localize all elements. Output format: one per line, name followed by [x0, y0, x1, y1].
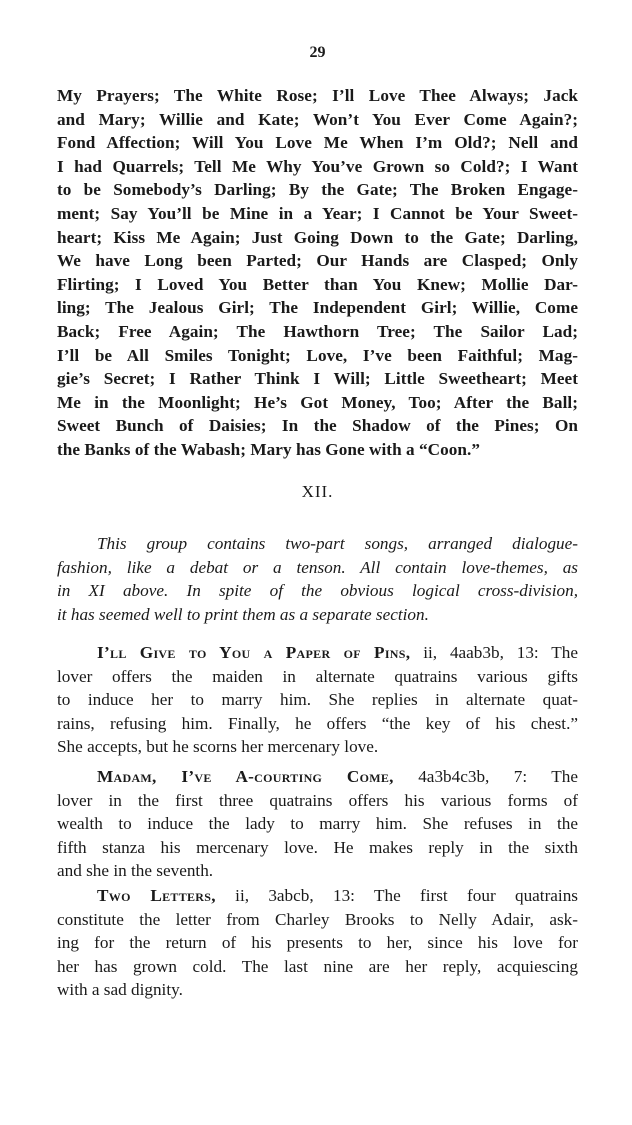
- text-line: I had Quarrels; Tell Me Why You’ve Grown…: [57, 155, 578, 179]
- text-line: to induce her to marry him. She replies …: [57, 688, 578, 712]
- text-line: in XI above. In spite of the obvious log…: [57, 579, 578, 603]
- song-meta: 4a3b4c3b, 7: The: [394, 767, 578, 786]
- section-heading: XII.: [57, 482, 578, 502]
- text-line: We have Long been Parted; Our Hands are …: [57, 249, 578, 273]
- entry-heading-line: Madam, I’ve A-courting Come, 4a3b4c3b, 7…: [57, 765, 578, 789]
- text-line: Me in the Moonlight; He’s Got Money, Too…: [57, 391, 578, 415]
- song-title: Madam, I’ve A-courting Come,: [97, 767, 394, 786]
- text-line: ling; The Jealous Girl; The Independent …: [57, 296, 578, 320]
- text-line: with a sad dignity.: [57, 978, 578, 1002]
- text-line: and she in the seventh.: [57, 859, 578, 883]
- text-line: constitute the letter from Charley Brook…: [57, 908, 578, 932]
- song-title: Two Letters,: [97, 886, 216, 905]
- text-line: her has grown cold. The last nine are he…: [57, 955, 578, 979]
- text-line: wealth to induce the lady to marry him. …: [57, 812, 578, 836]
- text-line: She accepts, but he scorns her mercenary…: [57, 735, 578, 759]
- section-intro: This group contains two-part songs, arra…: [57, 532, 578, 626]
- text-line: ment; Say You’ll be Mine in a Year; I Ca…: [57, 202, 578, 226]
- text-line: lover in the first three quatrains offer…: [57, 789, 578, 813]
- text-line: Back; Free Again; The Hawthorn Tree; The…: [57, 320, 578, 344]
- text-line: and Mary; Willie and Kate; Won’t You Eve…: [57, 108, 578, 132]
- entry-heading-line: Two Letters, ii, 3abcb, 13: The first fo…: [57, 884, 578, 908]
- text-line: ing for the return of his presents to he…: [57, 931, 578, 955]
- text-line: the Banks of the Wabash; Mary has Gone w…: [57, 438, 578, 462]
- text-line: I’ll be All Smiles Tonight; Love, I’ve b…: [57, 344, 578, 368]
- text-line: it has seemed well to print them as a se…: [57, 603, 578, 627]
- text-line: rains, refusing him. Finally, he offers …: [57, 712, 578, 736]
- song-entry: Two Letters, ii, 3abcb, 13: The first fo…: [57, 884, 578, 1002]
- song-meta: ii, 3abcb, 13: The first four quatrains: [216, 886, 578, 905]
- text-line: fifth stanza his mercenary love. He make…: [57, 836, 578, 860]
- text-line: Sweet Bunch of Daisies; In the Shadow of…: [57, 414, 578, 438]
- text-line: This group contains two-part songs, arra…: [57, 532, 578, 556]
- text-line: to be Somebody’s Darling; By the Gate; T…: [57, 178, 578, 202]
- text-line: heart; Kiss Me Again; Just Going Down to…: [57, 226, 578, 250]
- song-entry: Madam, I’ve A-courting Come, 4a3b4c3b, 7…: [57, 765, 578, 883]
- text-line: gie’s Secret; I Rather Think I Will; Lit…: [57, 367, 578, 391]
- entry-heading-line: I’ll Give to You a Paper of Pins, ii, 4a…: [57, 641, 578, 665]
- song-entry: I’ll Give to You a Paper of Pins, ii, 4a…: [57, 641, 578, 759]
- song-title-list: My Prayers; The White Rose; I’ll Love Th…: [57, 84, 578, 462]
- text-line: My Prayers; The White Rose; I’ll Love Th…: [57, 84, 578, 108]
- song-title: I’ll Give to You a Paper of Pins,: [97, 643, 410, 662]
- text-line: Flirting; I Loved You Better than You Kn…: [57, 273, 578, 297]
- text-line: lover offers the maiden in alternate qua…: [57, 665, 578, 689]
- page-number: 29: [57, 44, 578, 62]
- text-line: Fond Affection; Will You Love Me When I’…: [57, 131, 578, 155]
- song-meta: ii, 4aab3b, 13: The: [410, 643, 578, 662]
- text-line: fashion, like a debat or a tenson. All c…: [57, 556, 578, 580]
